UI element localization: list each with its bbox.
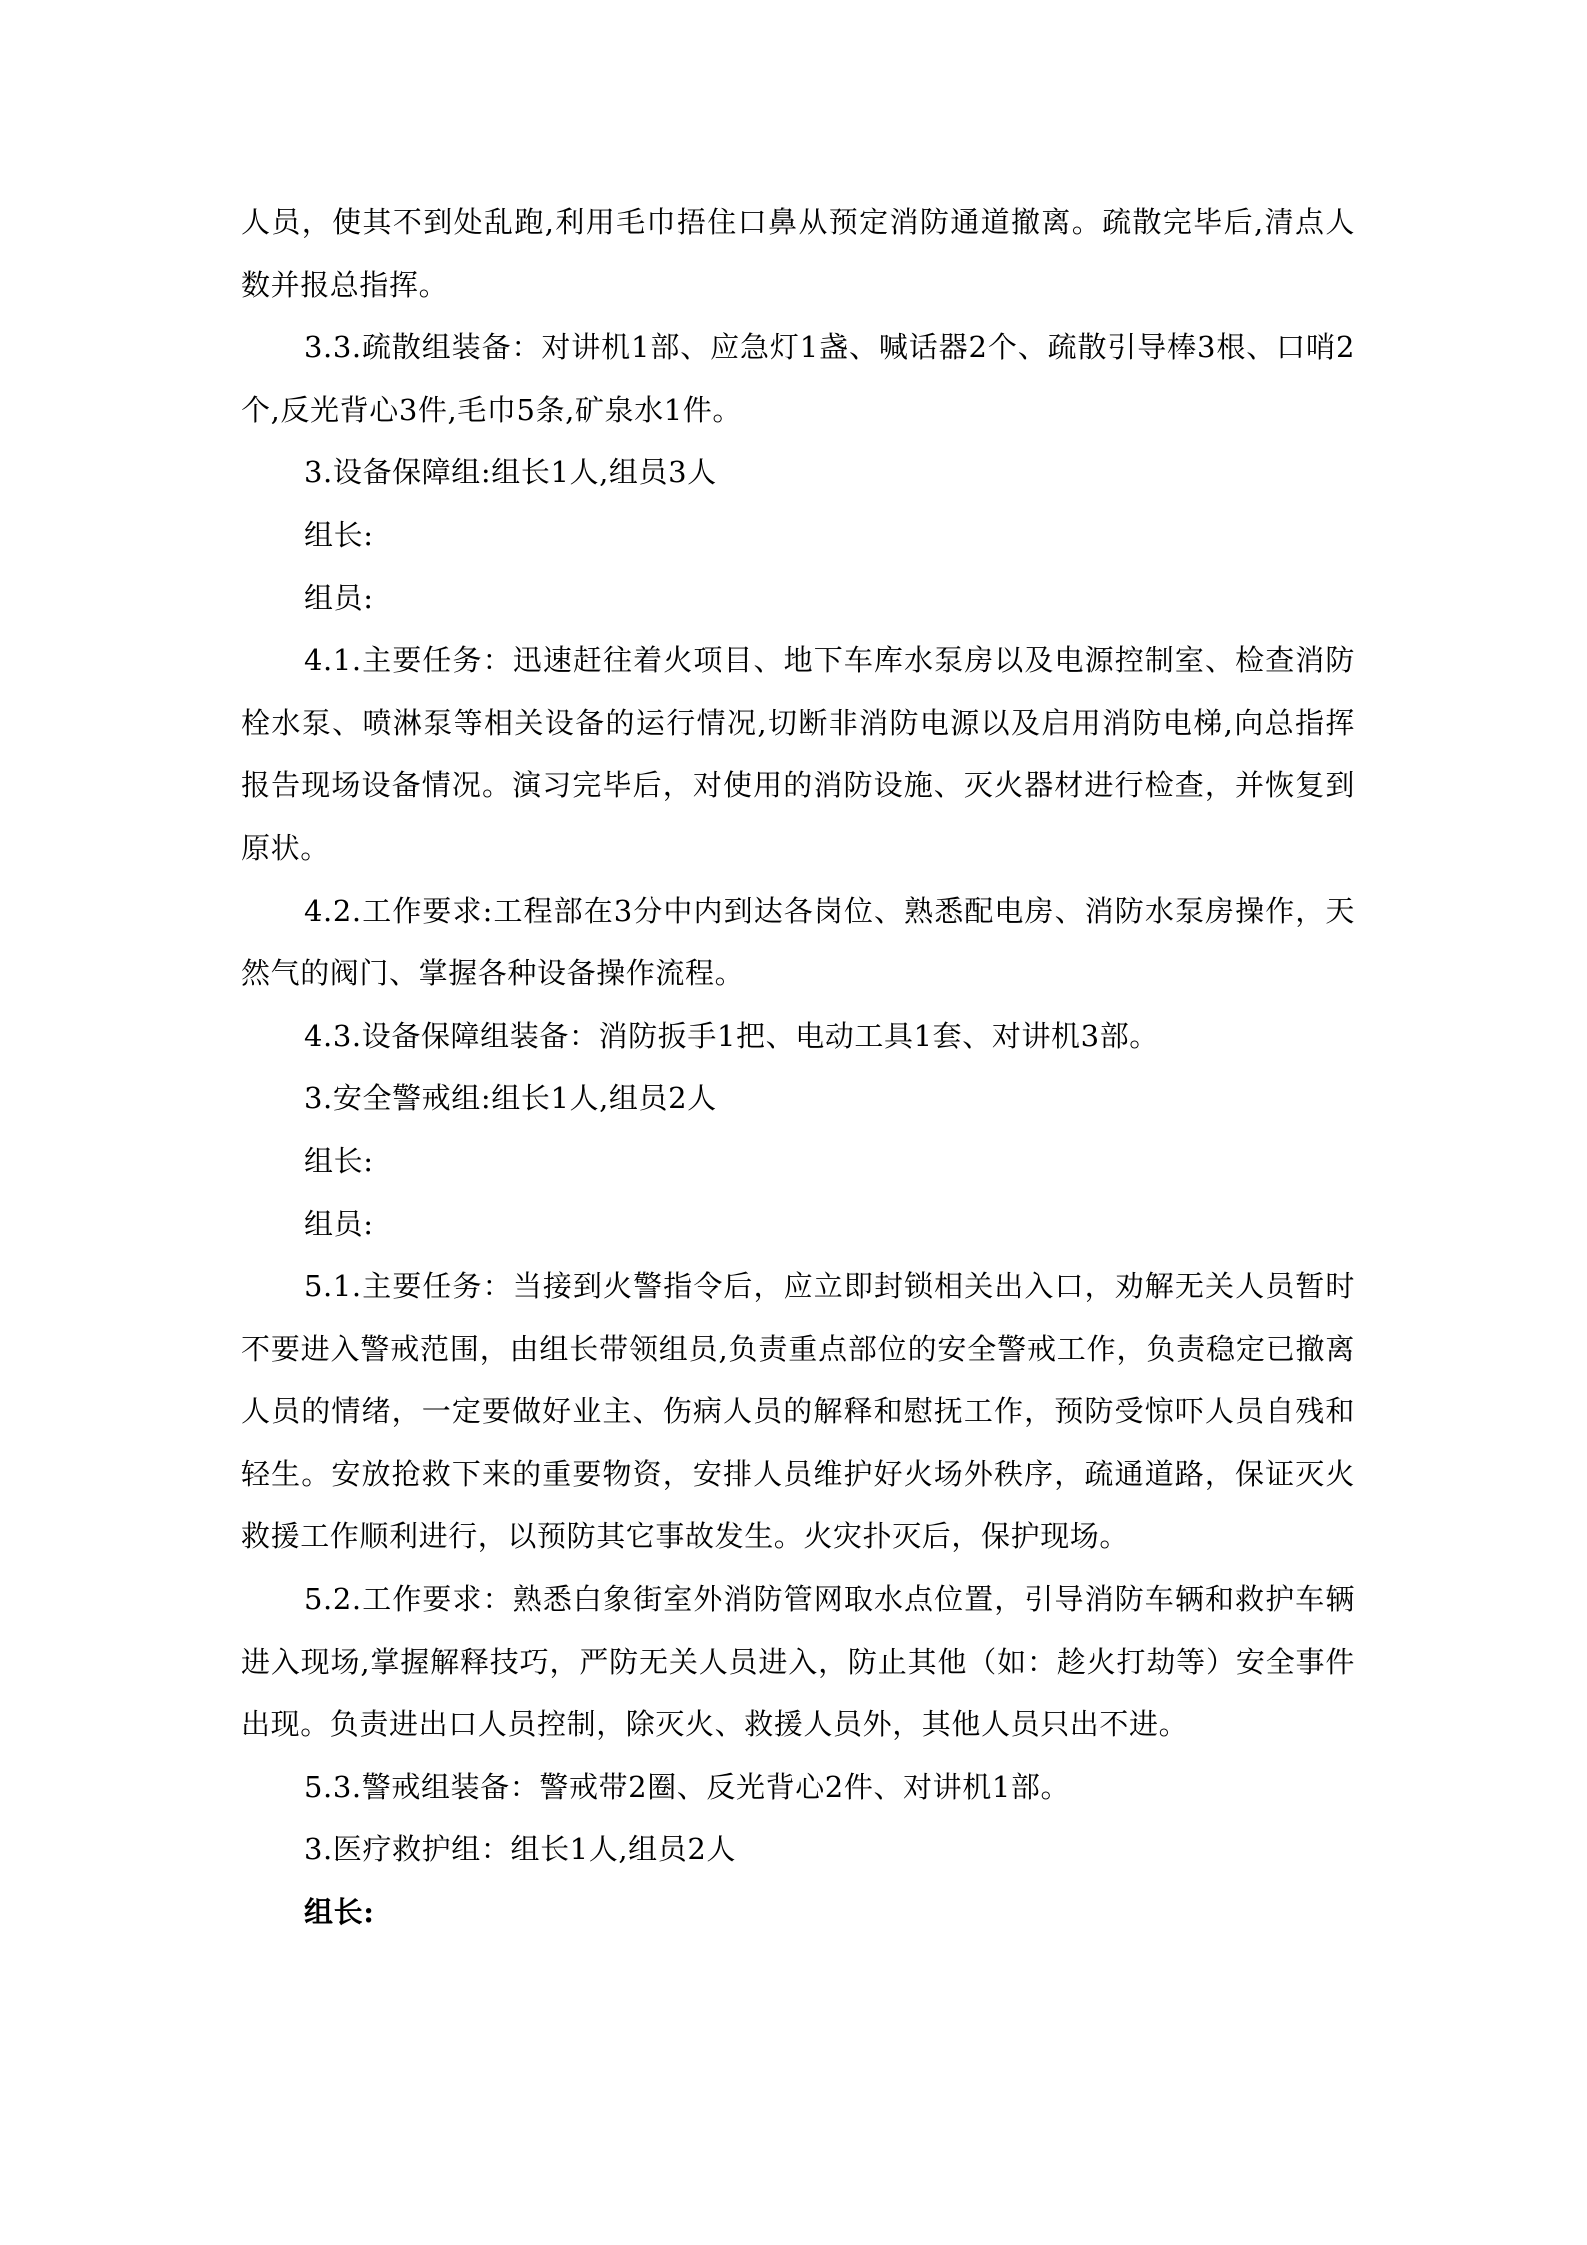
label-group-members: 组员: [241,1193,1355,1256]
label-group-leader: 组长: [241,504,1355,567]
label-group-members: 组员: [241,567,1355,630]
paragraph-equipment-group-gear: 4.3.设备保障组装备：消防扳手1把、电动工具1套、对讲机3部。 [241,1005,1355,1068]
paragraph-evacuation-equipment: 3.3.疏散组装备：对讲机1部、应急灯1盏、喊话器2个、疏散引导棒3根、口哨2个… [241,316,1355,441]
heading-equipment-support-group: 3.设备保障组:组长1人,组员3人 [241,441,1355,504]
label-group-leader: 组长: [241,1130,1355,1193]
paragraph-security-group-gear: 5.3.警戒组装备：警戒带2圈、反光背心2件、对讲机1部。 [241,1756,1355,1819]
paragraph-equipment-main-task: 4.1.主要任务：迅速赶往着火项目、地下车库水泵房以及电源控制室、检查消防栓水泵… [241,629,1355,879]
document-page: 人员，使其不到处乱跑,利用毛巾捂住口鼻从预定消防通道撤离。疏散完毕后,清点人数并… [241,191,1355,1944]
paragraph-evacuation-continued: 人员，使其不到处乱跑,利用毛巾捂住口鼻从预定消防通道撤离。疏散完毕后,清点人数并… [241,191,1355,316]
heading-medical-rescue-group: 3.医疗救护组：组长1人,组员2人 [241,1818,1355,1881]
paragraph-security-work-requirements: 5.2.工作要求：熟悉白象街室外消防管网取水点位置，引导消防车辆和救护车辆进入现… [241,1568,1355,1756]
paragraph-equipment-work-requirements: 4.2.工作要求:工程部在3分中内到达各岗位、熟悉配电房、消防水泵房操作，天然气… [241,880,1355,1005]
heading-security-cordon-group: 3.安全警戒组:组长1人,组员2人 [241,1067,1355,1130]
paragraph-security-main-task: 5.1.主要任务：当接到火警指令后，应立即封锁相关出入口，劝解无关人员暂时不要进… [241,1255,1355,1568]
label-group-leader-bold: 组长: [241,1881,1355,1944]
